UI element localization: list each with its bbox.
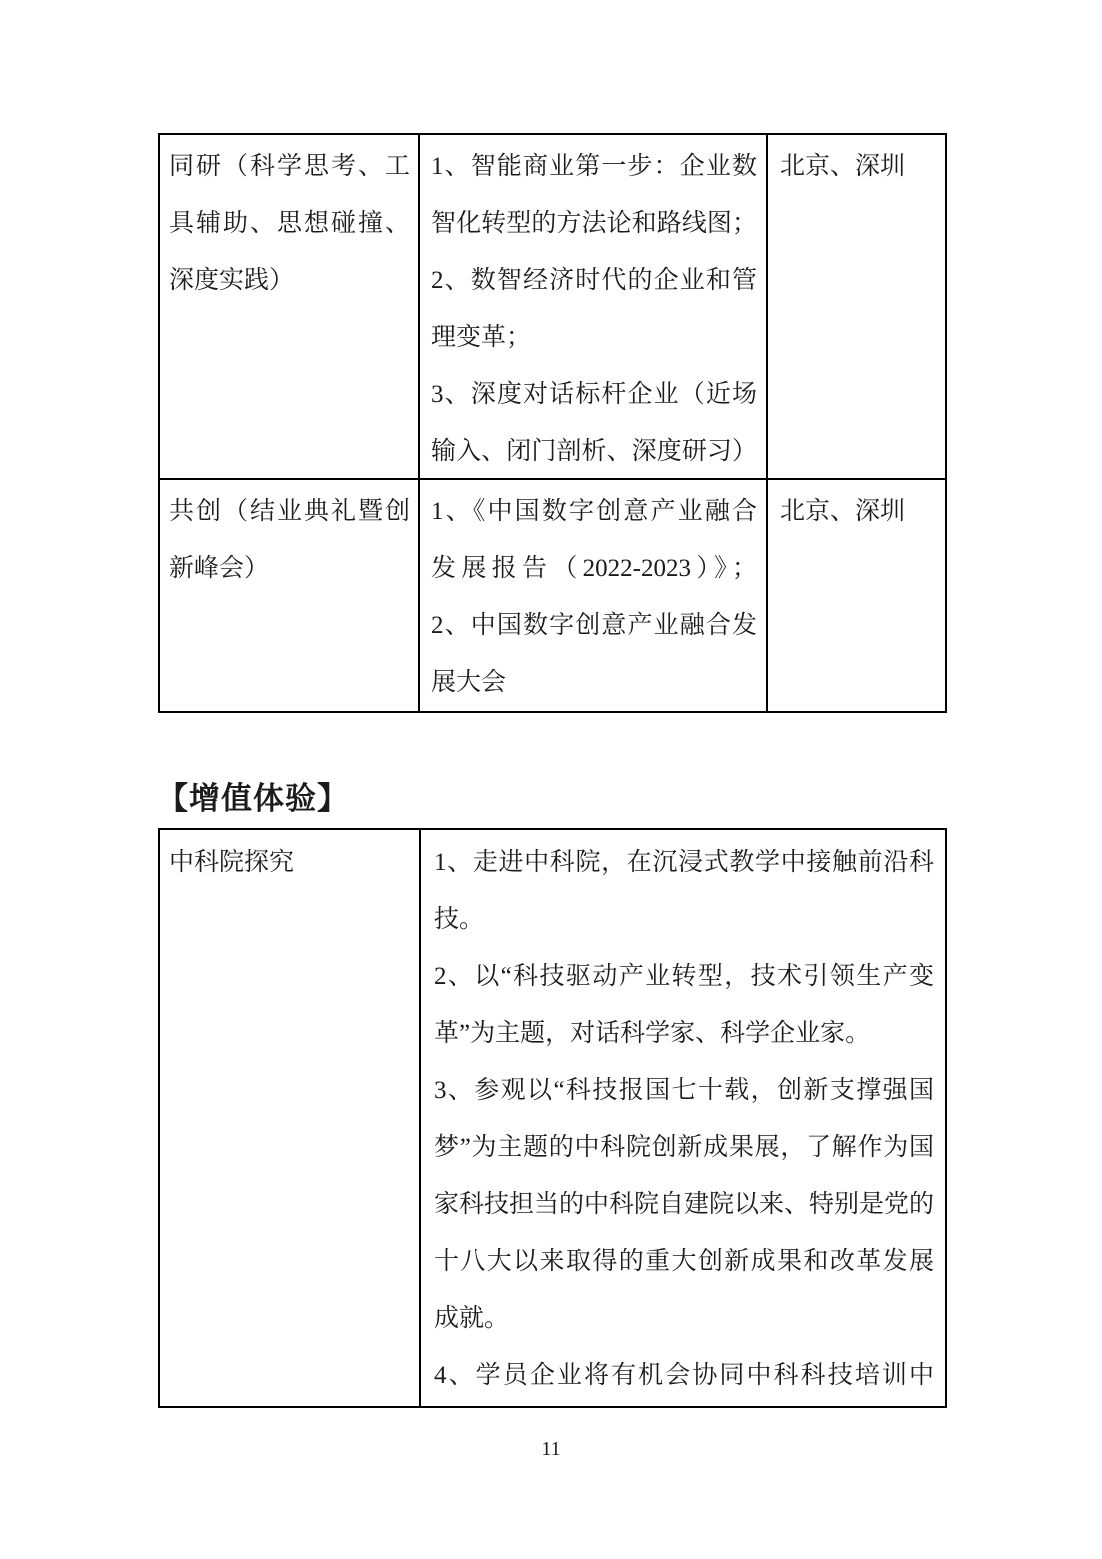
text-line: 深度实践） (169, 252, 410, 309)
text-line: 中科院探究 (169, 834, 411, 891)
module-cell-cas: 中科院探究 (160, 830, 421, 1406)
text-line: 输入、闭门剖析、深度研习） (431, 423, 757, 480)
value-experience-table: 中科院探究 1、走进中科院，在沉浸式教学中接触前沿科技。2、以“科技驱动产业转型… (158, 828, 947, 1408)
text-line: 4、学员企业将有机会协同中科科技培训中 (434, 1347, 934, 1404)
text-line: 技。 (434, 891, 934, 948)
text-line: 展大会 (431, 654, 757, 711)
text-line: 北京、深圳 (780, 138, 939, 195)
text-line: 具辅助、思想碰撞、 (169, 195, 410, 252)
text-line: 3、深度对话标杆企业（近场 (431, 366, 757, 423)
page-number: 11 (0, 1438, 1102, 1461)
text-line: 北京、深圳 (780, 483, 939, 540)
text-line: 发展报告（2022-2023）》； (431, 540, 757, 597)
section-heading: 【增值体验】 (157, 773, 349, 818)
text-line: 3、参观以“科技报国七十载，创新支撑强国 (434, 1062, 934, 1119)
module-cell-row2: 共创（结业典礼暨创新峰会） (160, 480, 420, 711)
text-line: 智化转型的方法论和路线图； (431, 195, 757, 252)
curriculum-table: 同研（科学思考、工具辅助、思想碰撞、深度实践） 1、智能商业第一步：企业数智化转… (158, 133, 947, 713)
text-line: 成就。 (434, 1290, 934, 1347)
text-line: 新峰会） (169, 540, 410, 597)
text-line: 同研（科学思考、工 (169, 138, 410, 195)
text-line: 家科技担当的中科院自建院以来、特别是党的 (434, 1176, 934, 1233)
location-cell-row1: 北京、深圳 (768, 135, 945, 480)
document-page: 同研（科学思考、工具辅助、思想碰撞、深度实践） 1、智能商业第一步：企业数智化转… (0, 0, 1102, 1559)
text-line: 1、走进中科院，在沉浸式教学中接触前沿科 (434, 834, 934, 891)
content-cell-cas: 1、走进中科院，在沉浸式教学中接触前沿科技。2、以“科技驱动产业转型，技术引领生… (421, 830, 945, 1406)
text-line: 理变革； (431, 309, 757, 366)
content-cell-row2: 1、《中国数字创意产业融合发展报告（2022-2023）》；2、中国数字创意产业… (420, 480, 768, 711)
content-cell-row1: 1、智能商业第一步：企业数智化转型的方法论和路线图；2、数智经济时代的企业和管理… (420, 135, 768, 480)
text-line: 革”为主题，对话科学家、科学企业家。 (434, 1005, 934, 1062)
text-line: 十八大以来取得的重大创新成果和改革发展 (434, 1233, 934, 1290)
text-line: 2、以“科技驱动产业转型，技术引领生产变 (434, 948, 934, 1005)
text-line: 梦”为主题的中科院创新成果展，了解作为国 (434, 1119, 934, 1176)
text-line: 共创（结业典礼暨创 (169, 483, 410, 540)
module-cell-row1: 同研（科学思考、工具辅助、思想碰撞、深度实践） (160, 135, 420, 480)
text-line: 2、中国数字创意产业融合发 (431, 597, 757, 654)
text-line: 1、智能商业第一步：企业数 (431, 138, 757, 195)
text-line: 1、《中国数字创意产业融合 (431, 483, 757, 540)
text-line: 2、数智经济时代的企业和管 (431, 252, 757, 309)
location-cell-row2: 北京、深圳 (768, 480, 945, 711)
